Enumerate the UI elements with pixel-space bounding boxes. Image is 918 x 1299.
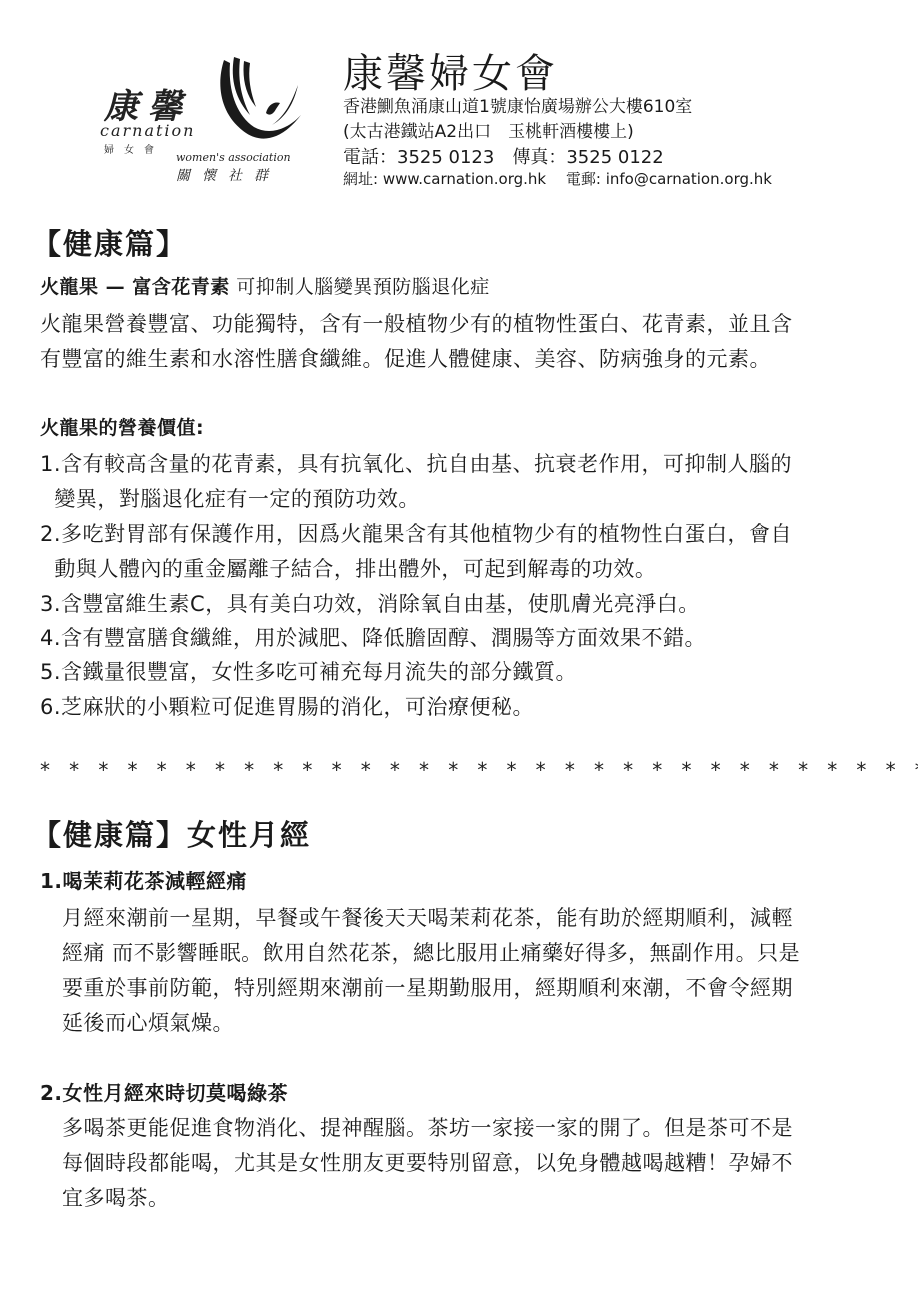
- phone-fax-line: 電話：3525 0123 傳真：3525 0122: [343, 143, 664, 169]
- value-list-item: 變異，對腦退化症有一定的預防功效。: [40, 483, 420, 513]
- subtitle-rest: 可抑制人腦變異預防腦退化症: [230, 276, 490, 298]
- nutrition-value-heading: 火龍果的營養價值:: [40, 413, 204, 440]
- section-title-health: 【健康篇】: [32, 222, 187, 263]
- swallow-bird-icon: [206, 55, 306, 155]
- value-list-item: 3.含豐富維生素C，具有美白功效，消除氧自由基，使肌膚光亮淨白。: [40, 588, 700, 618]
- item1-line: 經痛 而不影響睡眠。飲用自然花茶，總比服用止痛藥好得多，無副作用。只是: [62, 937, 800, 967]
- item2-line: 宜多喝茶。: [62, 1182, 170, 1212]
- value-list-item: 4.含有豐富膳食纖維，用於減肥、降低膽固醇、潤腸等方面效果不錯。: [40, 622, 706, 652]
- section1-subtitle: 火龍果 — 富含花青素 可抑制人腦變異預防腦退化症: [40, 272, 490, 299]
- logo-english-name: carnation: [100, 121, 195, 140]
- item2-line: 每個時段都能喝，尤其是女性朋友更要特別留意，以免身體越喝越糟！孕婦不: [62, 1147, 793, 1177]
- section-title-menstruation: 【健康篇】女性月經: [32, 813, 311, 854]
- item2-line: 多喝茶更能促進食物消化、提神醒腦。茶坊一家接一家的開了。但是茶可不是: [62, 1112, 793, 1142]
- item1-line: 要重於事前防範，特別經期來潮前一星期勤服用，經期順利來潮，不會令經期: [62, 972, 793, 1002]
- logo-sub-chinese: 婦女會: [104, 141, 164, 156]
- value-list-item: 動與人體內的重金屬離子結合，排出體外，可起到解毒的功效。: [40, 553, 656, 583]
- item1-heading: 1.喝茉莉花茶減輕經痛: [40, 865, 247, 894]
- logo-slogan: 關懷社群: [176, 165, 280, 185]
- address-line-1: 香港鰂魚涌康山道1號康怡廣場辦公大樓610室: [343, 92, 692, 117]
- org-logo: 康馨 carnation 婦女會 women's association 關懷社…: [96, 55, 306, 180]
- item1-line: 月經來潮前一星期，早餐或午餐後天天喝茉莉花茶，能有助於經期順利，減輕: [62, 902, 793, 932]
- intro-line: 火龍果營養豐富、功能獨特，含有一般植物少有的植物性蛋白、花青素，並且含: [40, 308, 793, 338]
- org-title: 康馨婦女會: [343, 42, 558, 99]
- asterisk-divider: * * * * * * * * * * * * * * * * * * * * …: [40, 758, 918, 782]
- value-list-item: 5.含鐵量很豐富，女性多吃可補充每月流失的部分鐵質。: [40, 656, 577, 686]
- item1-line: 延後而心煩氣燥。: [62, 1007, 234, 1037]
- web-email-line: 網址: www.carnation.org.hk 電郵: info@carnat…: [343, 168, 772, 189]
- subtitle-bold: 火龍果 — 富含花青素: [40, 276, 230, 298]
- intro-line: 有豐富的維生素和水溶性膳食纖維。促進人體健康、美容、防病強身的元素。: [40, 343, 771, 373]
- value-list-item: 2.多吃對胃部有保護作用，因爲火龍果含有其他植物少有的植物性白蛋白，會自: [40, 518, 792, 548]
- value-list-item: 1.含有較高含量的花青素，具有抗氧化、抗自由基、抗衰老作用，可抑制人腦的: [40, 448, 792, 478]
- item2-heading: 2.女性月經來時切莫喝綠茶: [40, 1077, 288, 1106]
- value-list-item: 6.芝麻狀的小顆粒可促進胃腸的消化，可治療便秘。: [40, 691, 534, 721]
- address-line-2: (太古港鐵站A2出口 玉桃軒酒樓樓上): [343, 117, 634, 142]
